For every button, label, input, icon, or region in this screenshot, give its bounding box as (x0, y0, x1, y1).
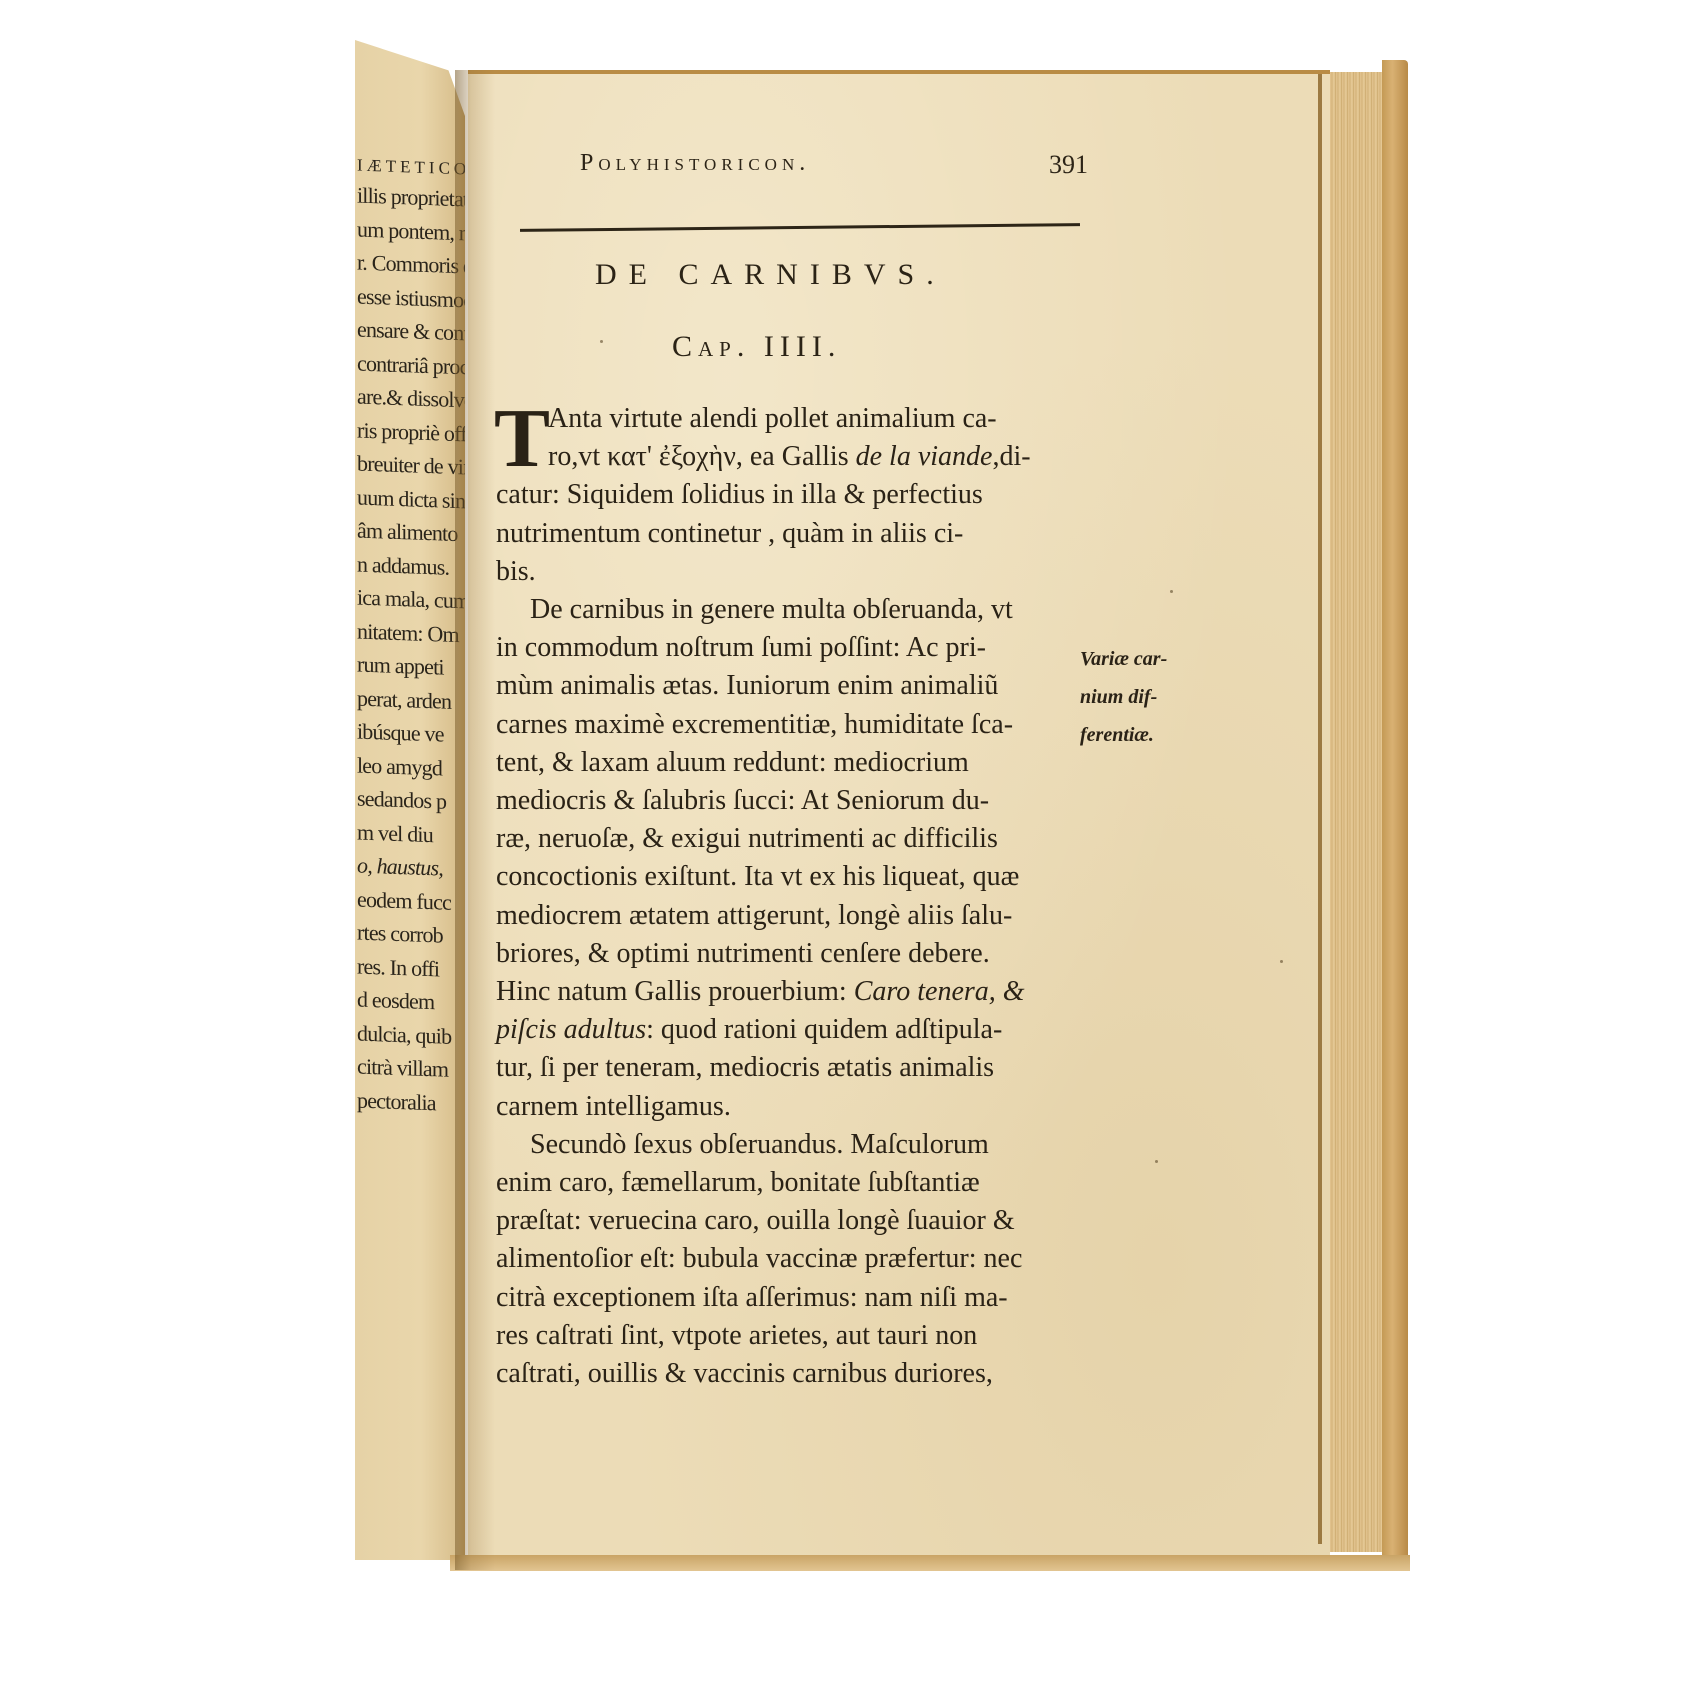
text-line: Secundò ſexus obſeruandus. Maſculorum (496, 1126, 1096, 1164)
text-span: Hinc natum Gallis prouerbium: (496, 976, 854, 1007)
text-line: in commodum noſtrum ſumi poſſint: Ac pri… (496, 629, 1096, 667)
text-line: briores, & optimi nutrimenti cenſere deb… (496, 935, 1096, 973)
running-head-title: Polyhistoricon. (580, 150, 810, 177)
text-line: Hinc natum Gallis prouerbium: Caro tener… (496, 973, 1096, 1011)
left-line: esse istiusmodi li (357, 279, 465, 317)
text-line: concoctionis exiſtunt. Ita vt ex his liq… (496, 858, 1096, 896)
left-line: ica mala, cum (357, 581, 465, 619)
text-line: tent, & laxam aluum reddunt: mediocrium (496, 744, 1096, 782)
text-line: piſcis adultus: quod rationi quidem adſt… (496, 1011, 1096, 1049)
text-line: enim caro, fæmellarum, bonitate ſubſtant… (496, 1164, 1096, 1202)
text-line: caſtrati, ouillis & vaccinis carnibus du… (496, 1355, 1096, 1393)
text-span: ro,vt κατ' ἐξοχὴν, ea Gallis (548, 441, 856, 472)
left-line: r. Commoris el (357, 246, 465, 284)
paper-speck (600, 340, 603, 343)
paper-speck (1280, 960, 1283, 963)
left-line: res. In offi (357, 949, 465, 987)
left-line: illis proprietatibus (357, 179, 465, 217)
text-line: tur, ſi per teneram, mediocris ætatis an… (496, 1049, 1096, 1087)
text-line: res caſtrati ſint, vtpote arietes, aut t… (496, 1317, 1096, 1355)
text-line: catur: Siquidem ſolidius in illa & perfe… (496, 476, 1096, 514)
marginal-note-line: Variæ car- (1080, 640, 1210, 678)
left-line: m vel diu (357, 815, 465, 853)
left-line: pectoralia (357, 1083, 465, 1121)
left-line: citrà villam (357, 1050, 465, 1088)
left-page-fragment: IÆTETICO illis proprietatibus um pontem,… (355, 40, 465, 1560)
left-line: rtes corrob (357, 916, 465, 954)
text-line: nutrimentum continetur , quàm in aliis c… (496, 515, 1096, 553)
text-line: De carnibus in genere multa obſeruanda, … (496, 591, 1096, 629)
text-line: ræ, neruoſæ, & exigui nutrimenti ac diff… (496, 820, 1096, 858)
text-line: Anta virtute alendi pollet animalium ca- (496, 400, 1096, 438)
left-line: perat, arden (357, 681, 465, 719)
marginal-note-line: ferentiæ. (1080, 716, 1210, 754)
text-line: ro,vt κατ' ἐξοχὴν, ea Gallis de la viand… (496, 438, 1096, 476)
left-page-text: IÆTETICO illis proprietatibus um pontem,… (357, 153, 465, 1122)
italic-phrase: piſcis adultus (496, 1014, 646, 1045)
bottom-page-edge (450, 1555, 1410, 1571)
text-line: præſtat: veruecina caro, ouilla longè ſu… (496, 1202, 1096, 1240)
left-line: d eosdem (357, 983, 465, 1021)
text-span: ,di- (992, 441, 1030, 472)
text-line: mediocrem ætatem attigerunt, longè aliis… (496, 897, 1096, 935)
body-text: T Anta virtute alendi pollet animalium c… (496, 400, 1096, 1393)
left-line: âm alimento (357, 514, 465, 552)
left-line: breuiter de vini (357, 447, 465, 485)
page-number: 391 (1049, 150, 1088, 180)
text-span: : quod rationi quidem adſtipula- (646, 1014, 1002, 1045)
left-line: ris propriè offici (357, 413, 465, 451)
left-line: sedandos p (357, 782, 465, 820)
page-edge-line (1318, 74, 1322, 1544)
text-line: carnes maximè excrementitiæ, humiditate … (496, 706, 1096, 744)
fore-edge-pages (1330, 72, 1382, 1552)
chapter-label: Cap. IIII. (672, 330, 841, 364)
vellum-cover-edge (1382, 60, 1408, 1560)
left-line: contrariâ procu (357, 346, 465, 384)
paper-speck (1170, 590, 1173, 593)
marginal-note: Variæ car- nium dif- ferentiæ. (1080, 640, 1210, 754)
text-line: bis. (496, 553, 1096, 591)
text-line: alimentoſior eſt: bubula vaccinæ præfert… (496, 1240, 1096, 1278)
italic-phrase: de la viande (856, 441, 993, 472)
text-line: carnem intelligamus. (496, 1088, 1096, 1126)
left-line: leo amygd (357, 748, 465, 786)
marginal-note-line: nium dif- (1080, 678, 1210, 716)
left-line: um pontem, multi (357, 212, 465, 250)
gutter-shadow (455, 70, 495, 1570)
left-line: n addamus. (357, 547, 465, 585)
text-line: mediocris & ſalubris ſucci: At Seniorum … (496, 782, 1096, 820)
italic-phrase: Caro tenera, & (854, 976, 1025, 1007)
left-line: eodem fucc (357, 882, 465, 920)
paper-speck (1155, 1160, 1158, 1163)
left-line: uum dicta sint, (357, 480, 465, 518)
running-head: Polyhistoricon. 391 (580, 150, 1080, 190)
left-line: ibúsque ve (357, 715, 465, 753)
left-line: nitatem: Om (357, 614, 465, 652)
left-line: rum appeti (357, 648, 465, 686)
section-title: DE CARNIBVS. (595, 258, 946, 292)
left-line: dulcia, quib (357, 1016, 465, 1054)
text-line: citrà exceptionem iſta aſſerimus: nam ni… (496, 1279, 1096, 1317)
left-line: ensare & continge (357, 313, 465, 351)
drop-cap: T (494, 404, 550, 474)
open-book: IÆTETICO illis proprietatibus um pontem,… (0, 0, 1690, 1690)
text-line: mùm animalis ætas. Iuniorum enim animali… (496, 667, 1096, 705)
left-line: o, haustus, (357, 849, 465, 887)
left-line: are.& dissolven (357, 380, 465, 418)
